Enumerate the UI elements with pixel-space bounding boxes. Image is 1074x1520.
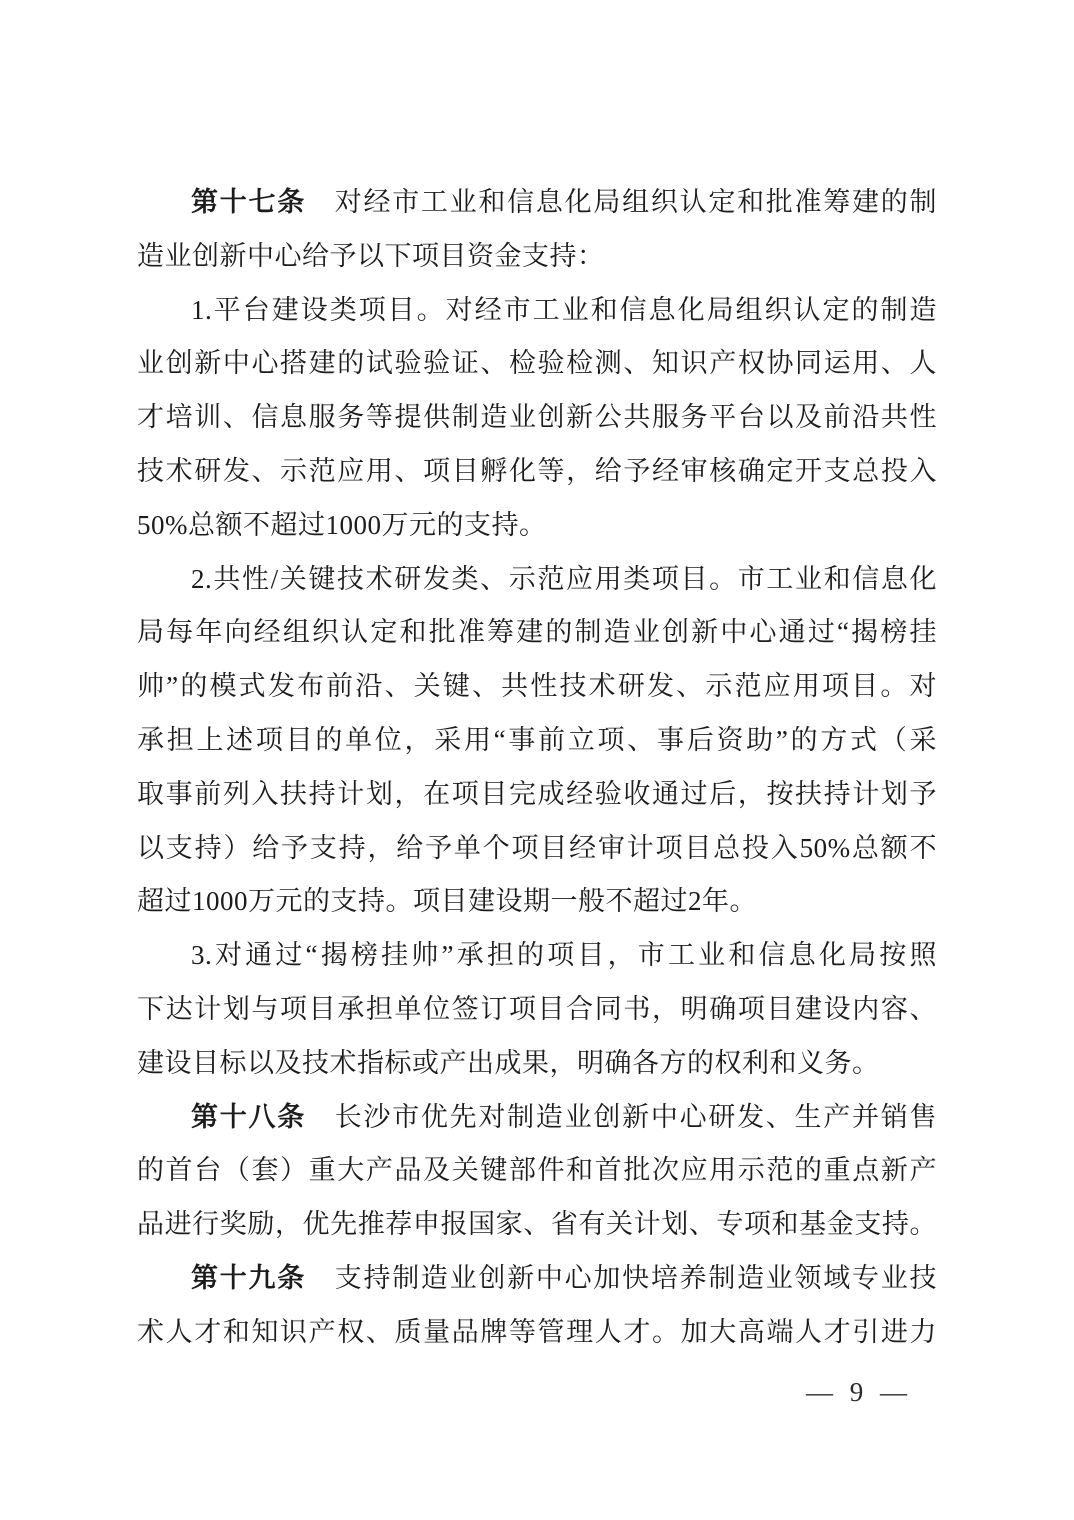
line-text: 品进行奖励，优先推荐申报国家、省有关计划、专项和基金支持。	[137, 1209, 937, 1239]
line-text: 2.共性/关键技术研发类、示范应用类项目。市工业和信息化	[191, 564, 937, 594]
text-line: 第十九条 支持制造业创新中心加快培养制造业领域专业技	[137, 1252, 937, 1306]
article-number: 第十七条	[191, 187, 306, 217]
text-line: 品进行奖励，优先推荐申报国家、省有关计划、专项和基金支持。	[137, 1198, 937, 1252]
line-text: 帅”的模式发布前沿、关键、共性技术研发、示范应用项目。对	[137, 671, 937, 701]
text-line: 2.共性/关键技术研发类、示范应用类项目。市工业和信息化	[137, 553, 937, 607]
text-line: 超过1000万元的支持。项目建设期一般不超过2年。	[137, 875, 937, 929]
line-text: 1.平台建设类项目。对经市工业和信息化局组织认定的制造	[191, 295, 937, 325]
line-text: 建设目标以及技术指标或产出成果，明确各方的权利和义务。	[137, 1048, 880, 1078]
line-text: 3.对通过“揭榜挂帅”承担的项目，市工业和信息化局按照	[191, 940, 937, 970]
line-text: 长沙市优先对制造业创新中心研发、生产并销售	[306, 1102, 937, 1132]
text-line: 技术研发、示范应用、项目孵化等，给予经审核确定开支总投入	[137, 445, 937, 499]
line-text: 支持制造业创新中心加快培养制造业领域专业技	[306, 1263, 937, 1293]
line-text: 造业创新中心给予以下项目资金支持：	[137, 241, 605, 271]
page-number: — 9 —	[806, 1376, 912, 1408]
text-line: 业创新中心搭建的试验验证、检验检测、知识产权协同运用、人	[137, 337, 937, 391]
text-line: 承担上述项目的单位，采用“事前立项、事后资助”的方式（采	[137, 714, 937, 768]
line-text: 超过1000万元的支持。项目建设期一般不超过2年。	[137, 886, 757, 916]
text-line: 下达计划与项目承担单位签订项目合同书，明确项目建设内容、	[137, 983, 937, 1037]
article-number: 第十八条	[191, 1102, 306, 1132]
text-line: 3.对通过“揭榜挂帅”承担的项目，市工业和信息化局按照	[137, 929, 937, 983]
line-text: 承担上述项目的单位，采用“事前立项、事后资助”的方式（采	[137, 725, 937, 755]
text-line: 帅”的模式发布前沿、关键、共性技术研发、示范应用项目。对	[137, 660, 937, 714]
line-text: 局每年向经组织认定和批准筹建的制造业创新中心通过“揭榜挂	[137, 617, 937, 647]
article-number: 第十九条	[191, 1263, 306, 1293]
text-line: 术人才和知识产权、质量品牌等管理人才。加大高端人才引进力	[137, 1306, 937, 1360]
text-line: 才培训、信息服务等提供制造业创新公共服务平台以及前沿共性	[137, 391, 937, 445]
line-text: 才培训、信息服务等提供制造业创新公共服务平台以及前沿共性	[137, 402, 937, 432]
line-text: 以支持）给予支持，给予单个项目经审计项目总投入50%总额不	[137, 833, 937, 863]
line-text: 50%总额不超过1000万元的支持。	[137, 510, 547, 540]
line-text: 术人才和知识产权、质量品牌等管理人才。加大高端人才引进力	[137, 1317, 937, 1347]
text-line: 造业创新中心给予以下项目资金支持：	[137, 230, 937, 284]
text-line: 以支持）给予支持，给予单个项目经审计项目总投入50%总额不	[137, 822, 937, 876]
text-line: 第十八条 长沙市优先对制造业创新中心研发、生产并销售	[137, 1091, 937, 1145]
text-line: 第十七条 对经市工业和信息化局组织认定和批准筹建的制	[137, 176, 937, 230]
text-line: 局每年向经组织认定和批准筹建的制造业创新中心通过“揭榜挂	[137, 606, 937, 660]
line-text: 对经市工业和信息化局组织认定和批准筹建的制	[306, 187, 937, 217]
text-line: 取事前列入扶持计划，在项目完成经验收通过后，按扶持计划予	[137, 768, 937, 822]
line-text: 取事前列入扶持计划，在项目完成经验收通过后，按扶持计划予	[137, 779, 937, 809]
text-line: 50%总额不超过1000万元的支持。	[137, 499, 937, 553]
text-line: 的首台（套）重大产品及关键部件和首批次应用示范的重点新产	[137, 1144, 937, 1198]
line-text: 技术研发、示范应用、项目孵化等，给予经审核确定开支总投入	[137, 456, 937, 486]
document-body: 第十七条 对经市工业和信息化局组织认定和批准筹建的制造业创新中心给予以下项目资金…	[137, 176, 937, 1360]
document-page: 第十七条 对经市工业和信息化局组织认定和批准筹建的制造业创新中心给予以下项目资金…	[0, 0, 1074, 1520]
line-text: 的首台（套）重大产品及关键部件和首批次应用示范的重点新产	[137, 1155, 937, 1185]
line-text: 业创新中心搭建的试验验证、检验检测、知识产权协同运用、人	[137, 348, 937, 378]
text-line: 建设目标以及技术指标或产出成果，明确各方的权利和义务。	[137, 1037, 937, 1091]
line-text: 下达计划与项目承担单位签订项目合同书，明确项目建设内容、	[137, 994, 937, 1024]
text-line: 1.平台建设类项目。对经市工业和信息化局组织认定的制造	[137, 284, 937, 338]
